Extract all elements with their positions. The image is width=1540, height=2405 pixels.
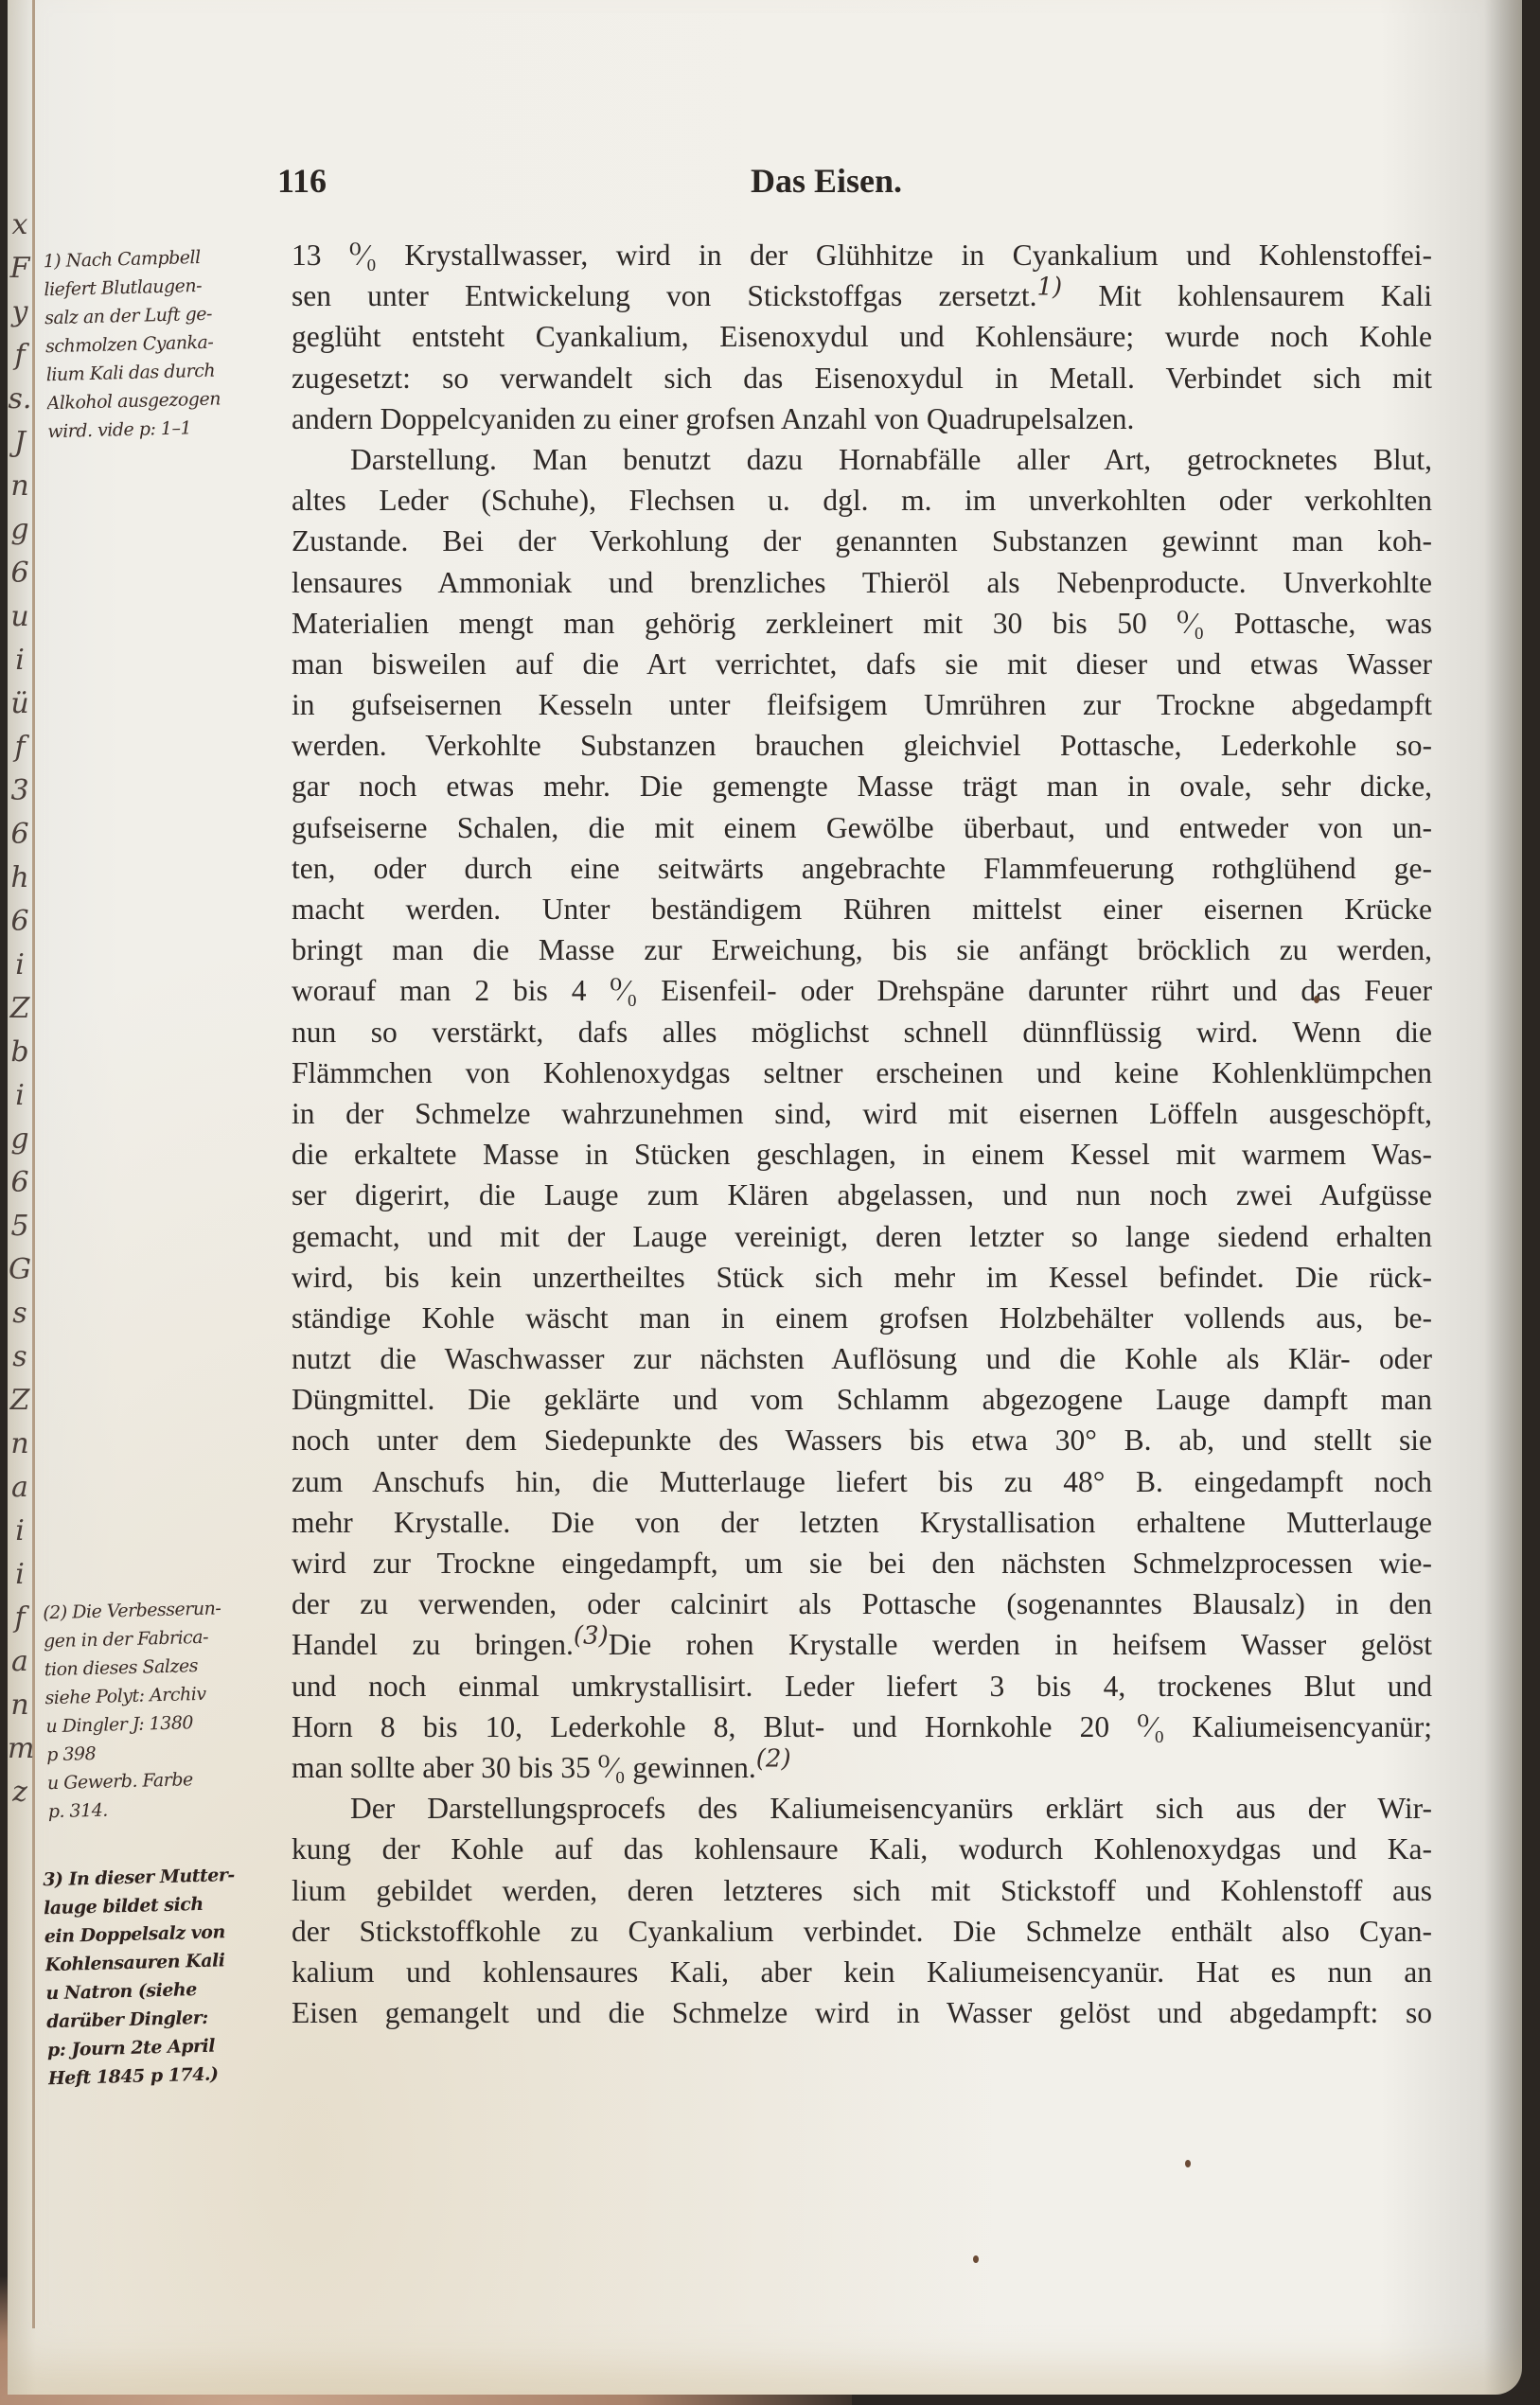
- handwritten-note-1: 1) Nach Campbell liefert Blutlaugen- sal…: [43, 241, 284, 446]
- text-line: Handel zu bringen.(3)Die rohen Krystalle…: [292, 1624, 1432, 1665]
- body-text: 13 ⁰⁄₀ Krystallwasser, wird in der Glühh…: [292, 235, 1432, 2033]
- edge-mark: g: [8, 508, 32, 552]
- edge-mark: i: [8, 1510, 32, 1553]
- text-line: gufseiserne Schalen, die mit einem Gewöl…: [292, 807, 1432, 848]
- edge-mark: 5: [8, 1205, 32, 1248]
- text-line: Materialien mengt man gehörig zerkleiner…: [292, 603, 1432, 644]
- edge-mark: y: [8, 291, 32, 334]
- text-line: macht werden. Unter beständigem Rühren m…: [292, 889, 1432, 929]
- text-line: der Stickstoffkohle zu Cyankalium verbin…: [292, 1911, 1432, 1952]
- edge-mark: F: [8, 247, 32, 291]
- text-line: Der Darstellungsprocefs des Kaliumeisenc…: [292, 1788, 1432, 1829]
- text-line: nun so verstärkt, dafs alles möglichst s…: [292, 1012, 1432, 1052]
- edge-mark: f: [8, 334, 32, 378]
- edge-mark: 6: [8, 1161, 32, 1205]
- margin-rule: [32, 0, 35, 2328]
- text-line: andern Doppelcyaniden zu einer grofsen A…: [292, 398, 1432, 439]
- paper-speck: [973, 2255, 979, 2263]
- edge-mark: g: [8, 1118, 32, 1161]
- text-line: wird zur Trockne eingedampft, um sie bei…: [292, 1543, 1432, 1583]
- edge-mark: h: [8, 857, 32, 900]
- text-line: wird, bis kein unzertheiltes Stück sich …: [292, 1257, 1432, 1298]
- text-line: lensaures Ammoniak und brenzliches Thier…: [292, 562, 1432, 603]
- paper-speck: [1185, 2160, 1191, 2167]
- edge-mark: s: [8, 1292, 32, 1335]
- edge-mark: s: [8, 1335, 32, 1379]
- edge-mark: a: [8, 1640, 32, 1684]
- edge-mark: Z: [8, 987, 32, 1031]
- running-title: Das Eisen.: [751, 161, 902, 201]
- text-line: geglüht entsteht Cyankalium, Eisenoxydul…: [292, 316, 1432, 357]
- page-header: 116 Das Eisen.: [277, 161, 1423, 208]
- page-number: 116: [277, 161, 327, 201]
- note-line: Heft 1845 p 174.): [47, 2059, 285, 2094]
- text-line: sen unter Entwickelung von Stickstoffgas…: [292, 275, 1432, 316]
- edge-mark: x: [8, 203, 32, 247]
- handwritten-note-ref: 1): [1037, 274, 1063, 302]
- edge-mark: f: [8, 1597, 32, 1640]
- text-line: gemacht, und mit der Lauge vereinigt, de…: [292, 1216, 1432, 1257]
- text-line: der zu verwenden, oder calcinirt als Pot…: [292, 1583, 1432, 1624]
- edge-mark: J: [8, 421, 32, 465]
- text-line: noch unter dem Siedepunkte des Wassers b…: [292, 1420, 1432, 1460]
- handwritten-note-3: 3) In dieser Mutter- lauge bildet sich e…: [43, 1860, 285, 2093]
- book-page: xFyfs.Jng6uiüf36h6iZbig65GssZnaiifanmz 1…: [8, 0, 1522, 2395]
- handwritten-note-ref: (2): [756, 1744, 791, 1773]
- text-line: mehr Krystalle. Die von der letzten Krys…: [292, 1502, 1432, 1543]
- text-line: lium gebildet werden, deren letzteres si…: [292, 1870, 1432, 1911]
- edge-mark: 6: [8, 900, 32, 944]
- text-line: bringt man die Masse zur Erweichung, bis…: [292, 929, 1432, 970]
- edge-mark: i: [8, 1553, 32, 1597]
- edge-mark: 6: [8, 813, 32, 857]
- note-line: wird. vide p: 1–1: [47, 412, 285, 447]
- text-line: Horn 8 bis 10, Lederkohle 8, Blut- und H…: [292, 1706, 1432, 1747]
- text-line: kung der Kohle auf das kohlensaure Kali,…: [292, 1829, 1432, 1869]
- text-line: ser digerirt, die Lauge zum Klären abgel…: [292, 1175, 1432, 1215]
- note-line: p. 314.: [47, 1792, 285, 1827]
- handwritten-note-ref: (3): [574, 1622, 609, 1651]
- edge-mark: m: [8, 1727, 32, 1771]
- text-line: Düngmittel. Die geklärte und vom Schlamm…: [292, 1379, 1432, 1420]
- edge-mark: f: [8, 726, 32, 769]
- text-line: altes Leder (Schuhe), Flechsen u. dgl. m…: [292, 480, 1432, 521]
- text-line: ständige Kohle wäscht man in einem grofs…: [292, 1298, 1432, 1338]
- text-line: die erkaltete Masse in Stücken geschlage…: [292, 1134, 1432, 1175]
- text-line: 13 ⁰⁄₀ Krystallwasser, wird in der Glühh…: [292, 235, 1432, 275]
- text-line: worauf man 2 bis 4 ⁰⁄₀ Eisenfeil- oder D…: [292, 970, 1432, 1011]
- handwritten-note-2: (2) Die Verbesserun- gen in der Fabrica-…: [43, 1593, 285, 1826]
- text-line: Darstellung. Man benutzt dazu Hornabfäll…: [292, 439, 1432, 480]
- text-line: Eisen gemangelt und die Schmelze wird in…: [292, 1992, 1432, 2033]
- text-line: und noch einmal umkrystallisirt. Leder l…: [292, 1666, 1432, 1706]
- edge-mark: n: [8, 1684, 32, 1727]
- text-line: zum Anschufs hin, die Mutterlauge liefer…: [292, 1461, 1432, 1502]
- edge-mark: n: [8, 1423, 32, 1466]
- edge-mark: 3: [8, 769, 32, 813]
- edge-mark: s.: [8, 378, 32, 421]
- text-line: man sollte aber 30 bis 35 ⁰⁄₀ gewinnen.(…: [292, 1747, 1432, 1788]
- text-line: Flämmchen von Kohlenoxydgas seltner ersc…: [292, 1052, 1432, 1093]
- text-line: gar noch etwas mehr. Die gemengte Masse …: [292, 766, 1432, 806]
- edge-mark: i: [8, 639, 32, 682]
- edge-mark: G: [8, 1248, 32, 1292]
- text-line: zugesetzt: so verwandelt sich das Eiseno…: [292, 358, 1432, 398]
- text-line: ten, oder durch eine seitwärts angebrach…: [292, 848, 1432, 889]
- text-line: werden. Verkohlte Substanzen brauchen gl…: [292, 725, 1432, 766]
- edge-mark: n: [8, 465, 32, 508]
- edge-mark: z: [8, 1771, 32, 1814]
- paper-speck: [1314, 996, 1319, 1003]
- edge-mark: u: [8, 595, 32, 639]
- edge-mark: i: [8, 944, 32, 987]
- text-line: in gufseisernen Kesseln unter fleifsigem…: [292, 684, 1432, 725]
- text-line: in der Schmelze wahrzunehmen sind, wird …: [292, 1093, 1432, 1134]
- text-line: Zustande. Bei der Verkohlung der genannt…: [292, 521, 1432, 561]
- text-line: man bisweilen auf die Art verrichtet, da…: [292, 644, 1432, 684]
- edge-mark: 6: [8, 552, 32, 595]
- text-line: nutzt die Waschwasser zur nächsten Auflö…: [292, 1338, 1432, 1379]
- edge-mark: a: [8, 1466, 32, 1510]
- edge-mark: ü: [8, 682, 32, 726]
- edge-mark: b: [8, 1031, 32, 1074]
- edge-mark: Z: [8, 1379, 32, 1423]
- text-line: kalium und kohlensaures Kali, aber kein …: [292, 1952, 1432, 1992]
- edge-mark: i: [8, 1074, 32, 1118]
- edge-marginalia: xFyfs.Jng6uiüf36h6iZbig65GssZnaiifanmz: [8, 203, 32, 1814]
